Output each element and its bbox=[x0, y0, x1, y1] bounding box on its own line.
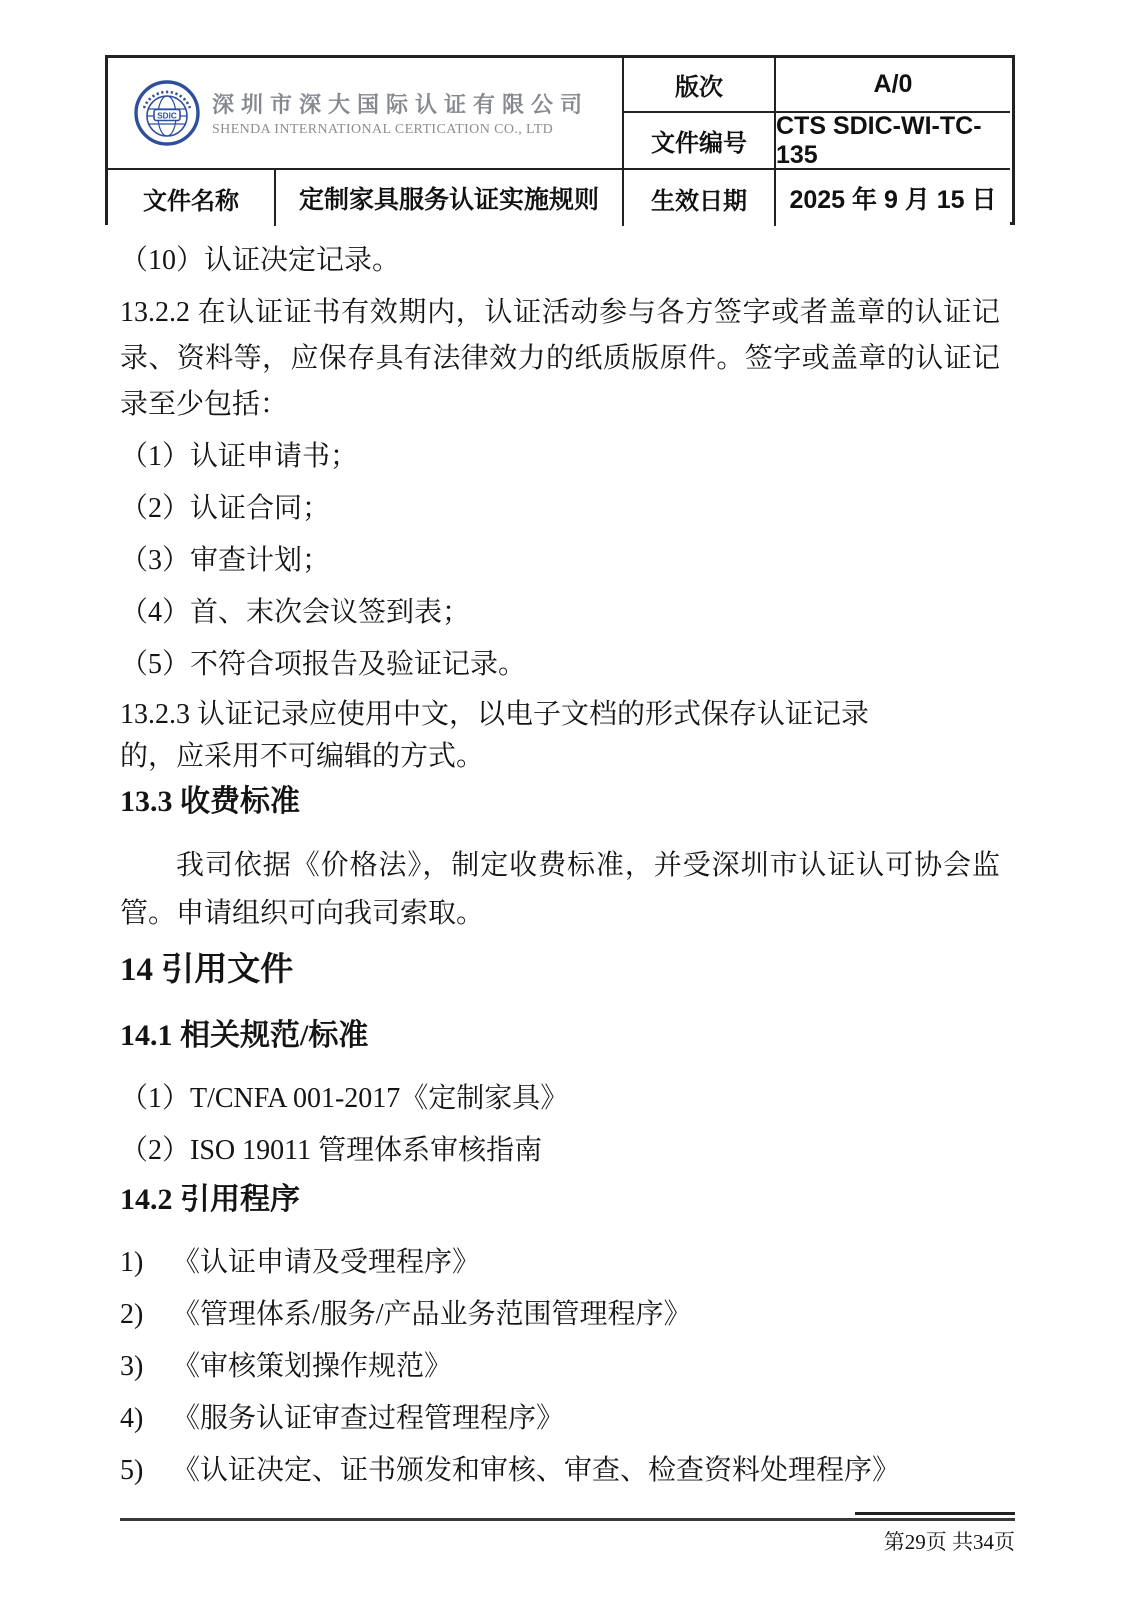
company-name-cn: 深圳市深大国际认证有限公司 bbox=[212, 88, 589, 119]
procedure-item-4-marker: 4) bbox=[120, 1396, 172, 1442]
procedure-item-5-marker: 5) bbox=[120, 1448, 172, 1494]
procedure-item-5-text: 《认证决定、证书颁发和审核、审查、检查资料处理程序》 bbox=[172, 1448, 900, 1494]
procedure-item-3: 3) 《审核策划操作规范》 bbox=[120, 1344, 1000, 1390]
company-identity-cell: SDIC 深圳市深大国际认证有限公司 SHENDA INTERNATIONAL … bbox=[108, 58, 624, 170]
page-number: 第29页 共34页 bbox=[884, 1526, 1015, 1556]
procedure-item-4: 4) 《服务认证审查过程管理程序》 bbox=[120, 1396, 1000, 1442]
heading-14: 14 引用文件 bbox=[120, 948, 1000, 992]
company-logo-icon: SDIC bbox=[134, 80, 200, 146]
reference-standard-2: （2）ISO 19011 管理体系审核指南 bbox=[120, 1128, 1000, 1174]
procedure-item-4-text: 《服务认证审查过程管理程序》 bbox=[172, 1396, 564, 1442]
paragraph-13-2-3: 13.2.3 认证记录应使用中文，以电子文档的形式保存认证记录 的，应采用不可编… bbox=[120, 694, 1000, 778]
procedure-item-3-marker: 3) bbox=[120, 1344, 172, 1390]
procedure-item-2-text: 《管理体系/服务/产品业务范围管理程序》 bbox=[172, 1292, 692, 1338]
company-names: 深圳市深大国际认证有限公司 SHENDA INTERNATIONAL CERTI… bbox=[212, 88, 589, 138]
heading-14-1: 14.1 相关规范/标准 bbox=[120, 1016, 1000, 1056]
document-page: SDIC 深圳市深大国际认证有限公司 SHENDA INTERNATIONAL … bbox=[0, 0, 1131, 1600]
procedure-item-2-marker: 2) bbox=[120, 1292, 172, 1338]
document-header-table: SDIC 深圳市深大国际认证有限公司 SHENDA INTERNATIONAL … bbox=[105, 55, 1015, 225]
version-label: 版次 bbox=[624, 58, 776, 113]
list-item-2: （2）认证合同； bbox=[120, 486, 1000, 532]
heading-14-2: 14.2 引用程序 bbox=[120, 1180, 1000, 1220]
procedure-item-5: 5) 《认证决定、证书颁发和审核、审查、检查资料处理程序》 bbox=[120, 1448, 1000, 1494]
doc-name-value: 定制家具服务认证实施规则 bbox=[276, 170, 624, 226]
company-name-en: SHENDA INTERNATIONAL CERTICATION CO., LT… bbox=[212, 122, 589, 138]
list-item-5: （5）不符合项报告及验证记录。 bbox=[120, 642, 1000, 688]
doc-number-value: CTS SDIC-WI-TC-135 bbox=[776, 113, 1010, 170]
procedure-item-1-text: 《认证申请及受理程序》 bbox=[172, 1240, 480, 1286]
logo-text: SDIC bbox=[157, 111, 177, 120]
list-item-3: （3）审查计划； bbox=[120, 538, 1000, 584]
footer-rule bbox=[120, 1518, 1015, 1521]
paragraph-fees: 我司依据《价格法》，制定收费标准，并受深圳市认证认可协会监管。申请组织可向我司索… bbox=[120, 842, 1000, 938]
paragraph-item-10: （10）认证决定记录。 bbox=[120, 238, 1000, 284]
document-body: （10）认证决定记录。 13.2.2 在认证证书有效期内，认证活动参与各方签字或… bbox=[120, 238, 1000, 1500]
paragraph-13-2-2: 13.2.2 在认证证书有效期内，认证活动参与各方签字或者盖章的认证记录、资料等… bbox=[120, 290, 1000, 428]
list-item-4: （4）首、末次会议签到表； bbox=[120, 590, 1000, 636]
procedure-item-3-text: 《审核策划操作规范》 bbox=[172, 1344, 452, 1390]
reference-standard-1: （1）T/CNFA 001-2017《定制家具》 bbox=[120, 1076, 1000, 1122]
heading-13-3: 13.3 收费标准 bbox=[120, 782, 1000, 822]
doc-number-label: 文件编号 bbox=[624, 113, 776, 170]
procedure-item-2: 2) 《管理体系/服务/产品业务范围管理程序》 bbox=[120, 1292, 1000, 1338]
procedure-item-1-marker: 1) bbox=[120, 1240, 172, 1286]
list-item-1: （1）认证申请书； bbox=[120, 434, 1000, 480]
effective-date-value: 2025 年 9 月 15 日 bbox=[776, 170, 1010, 226]
footer-rule-short bbox=[855, 1512, 1015, 1515]
procedure-item-1: 1) 《认证申请及受理程序》 bbox=[120, 1240, 1000, 1286]
version-value: A/0 bbox=[776, 58, 1010, 113]
effective-date-label: 生效日期 bbox=[624, 170, 776, 226]
doc-name-label: 文件名称 bbox=[108, 170, 276, 226]
